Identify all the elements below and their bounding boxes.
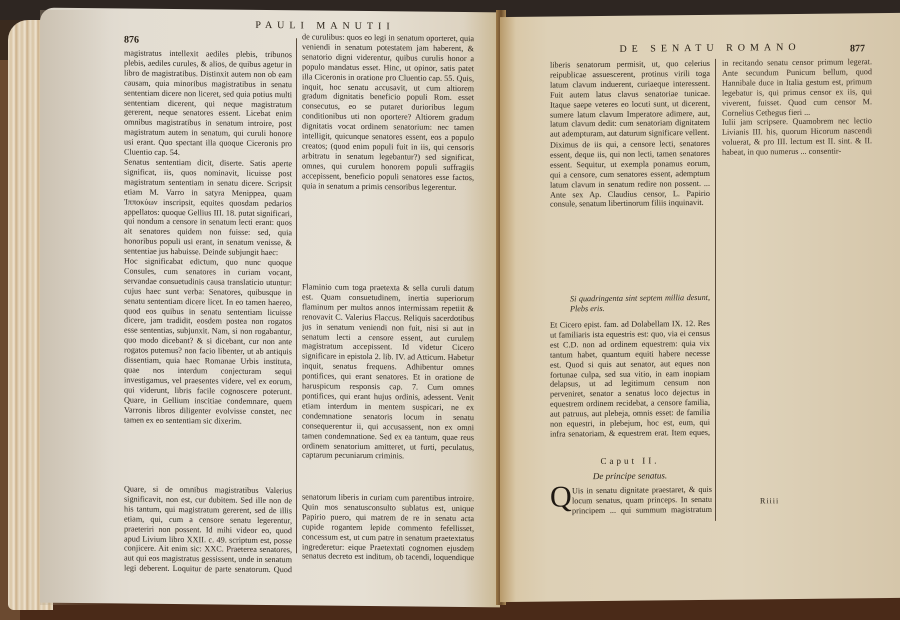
paragraph: de curulibus: quos eo legi in senatum op…	[302, 32, 474, 192]
text-column-2: de curulibus: quos eo legi in senatum op…	[302, 32, 474, 284]
left-page: 876 Pauli Manutii magistratus intellexit…	[40, 8, 500, 608]
text-column-1-end: Quare, si de omnibus magistratibus Valer…	[124, 484, 292, 576]
right-page: De Senatu Romano 877 liberis senatorum p…	[500, 13, 900, 602]
drop-cap: Q	[550, 482, 572, 512]
text-column-2: in recitando senatu censor primum legera…	[722, 57, 872, 479]
verse-quote: Si quadringenta sint septem millia desun…	[570, 293, 710, 314]
page-number: 877	[850, 43, 865, 54]
page-number: 876	[124, 34, 139, 45]
paragraph: in recitando senatu censor primum legera…	[722, 57, 872, 118]
text-column-1: magistratus intellexit aediles plebis, t…	[124, 48, 292, 485]
paragraph: Hoc significabat edictum, quo nunc quoqu…	[124, 257, 292, 427]
chapter-subtitle: De principe senatus.	[550, 470, 710, 482]
running-head: Pauli Manutii	[200, 19, 450, 33]
column-rule	[715, 59, 716, 521]
text-column-1-end: Et Cicero epist. fam. ad Dolabellam IX. …	[550, 319, 710, 441]
paragraph: Iulii jam scripsere. Quamobrem nec lecti…	[722, 117, 872, 158]
paragraph: magistratus intellexit aediles plebis, t…	[124, 48, 292, 159]
chapter-opening: Uis in senatu dignitate praestaret, & qu…	[572, 485, 712, 516]
running-head: De Senatu Romano	[600, 42, 820, 55]
paragraph: Et Cicero epist. fam. ad Dolabellam IX. …	[550, 319, 710, 441]
paragraph: Senatus sententiam dicit, diserte. Satis…	[124, 157, 292, 258]
paragraph: senatorum liberis in curiam cum parentib…	[302, 492, 474, 564]
paragraph: Diximus de iis qui, a censore lecti, sen…	[550, 139, 710, 210]
text-column-2-end: senatorum liberis in curiam cum parentib…	[302, 492, 474, 564]
paragraph: Quare, si de omnibus magistratibus Valer…	[124, 484, 292, 576]
printer-signature: Riiii	[760, 496, 779, 505]
text-column-2-mid: Flaminio cum toga praetexta & sella curu…	[302, 282, 474, 494]
column-rule	[296, 38, 297, 553]
paragraph: Flaminio cum toga praetexta & sella curu…	[302, 282, 474, 462]
text-column-1-mid: Diximus de iis qui, a censore lecti, sen…	[550, 139, 710, 291]
paragraph: liberis senatorum permisit, ut, quo cele…	[550, 59, 710, 140]
text-column-1: liberis senatorum permisit, ut, quo cele…	[550, 59, 710, 141]
chapter-title: Caput II.	[550, 455, 710, 467]
